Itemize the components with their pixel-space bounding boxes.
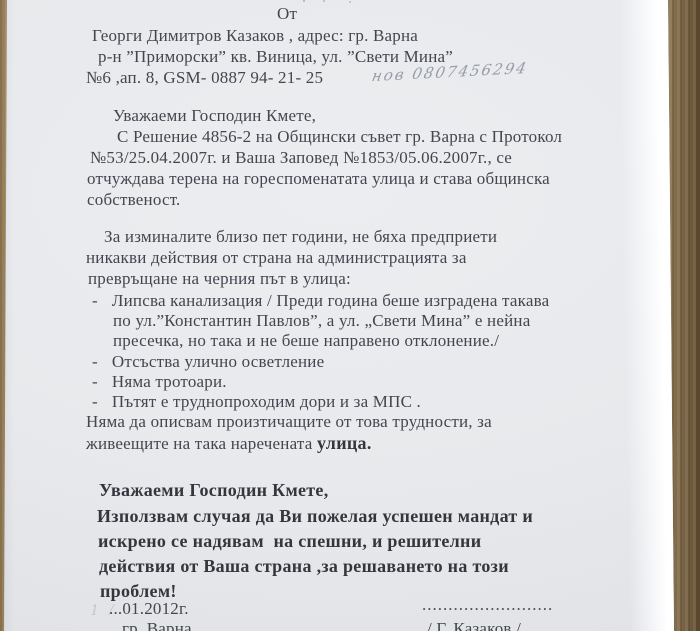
bullet-dash: - xyxy=(92,391,98,412)
sender-name-line: Георги Димитров Казаков , адрес: гр. Вар… xyxy=(92,25,418,46)
bullet-dash: - xyxy=(92,371,98,392)
bullet-item-wrap: пресечка, но така и не беше направено от… xyxy=(113,330,499,351)
salutation-line: Уважаеми Господин Кмете, xyxy=(113,105,316,126)
paragraph3-bold-word: улица. xyxy=(317,433,372,453)
closing-line: искрено се надявам на спешни, и решителн… xyxy=(98,530,481,552)
bullet-item: -Пътят е труднопроходим дори и за МПС . xyxy=(92,391,421,412)
paragraph1-line: собственост. xyxy=(87,189,181,210)
bullet-text: Отсъства улично осветление xyxy=(112,352,324,371)
bullet-dash: - xyxy=(92,351,98,372)
sender-number-line: №6 ,ап. 8, GSM- 0887 94- 21- 25 xyxy=(86,67,323,88)
date-line: ...01.2012г. xyxy=(109,598,189,619)
paragraph2-line: За изминалите близо пет години, не бяха … xyxy=(104,226,497,247)
bullet-item: -Липсва канализация / Преди година беше … xyxy=(92,290,549,311)
bullet-text: Пътят е труднопроходим дори и за МПС . xyxy=(112,392,421,411)
sender-district-line: р-н ”Приморски” кв. Виница, ул. ”Свети М… xyxy=(98,46,453,67)
closing-line: действия от Ваша страна ,за решаването н… xyxy=(99,555,509,577)
from-label: От xyxy=(277,3,297,24)
paragraph1-line: отчуждава терена на гореспоменатата улиц… xyxy=(87,168,550,189)
bullet-item-wrap: по ул.”Константин Павлов”, а ул. „Свети … xyxy=(113,310,530,331)
bullet-dash: - xyxy=(92,290,98,311)
paragraph3-line: живеещите на така наречената улица. xyxy=(86,432,372,454)
cut-off-text-remnant xyxy=(303,0,305,2)
closing-line: Използвам случая да Ви пожелая успешен м… xyxy=(97,505,533,527)
paragraph3-line: Няма да описвам произтичащите от това тр… xyxy=(86,411,492,432)
paragraph1-line: №53/25.04.2007г. и Ваша Заповед №1853/05… xyxy=(90,147,512,168)
bullet-item: -Отсъства улично осветление xyxy=(92,351,324,372)
paragraph2-line: никакви действия от страна на администра… xyxy=(86,247,467,268)
bullet-text: Липсва канализация / Преди година беше и… xyxy=(112,291,549,310)
photo-of-letter: От Георги Димитров Казаков , адрес: гр. … xyxy=(0,0,700,631)
city-line: гр. Варна xyxy=(122,618,192,631)
signature-name: / Г. Казаков / xyxy=(427,618,521,631)
paragraph3-text: живеещите на така наречената xyxy=(86,434,317,453)
closing-salutation: Уважаеми Господин Кмете, xyxy=(99,479,329,501)
bullet-item: -Няма тротоари. xyxy=(92,371,227,392)
paragraph2-line: превръщане на черния път в улица: xyxy=(88,268,351,289)
signature-dotted-line: ......................... xyxy=(422,594,553,615)
paragraph1-line: С Решение 4856-2 на Общински съвет гр. В… xyxy=(117,126,562,147)
bullet-text: Няма тротоари. xyxy=(112,372,227,391)
paper-sheet: От Георги Димитров Казаков , адрес: гр. … xyxy=(0,0,700,631)
